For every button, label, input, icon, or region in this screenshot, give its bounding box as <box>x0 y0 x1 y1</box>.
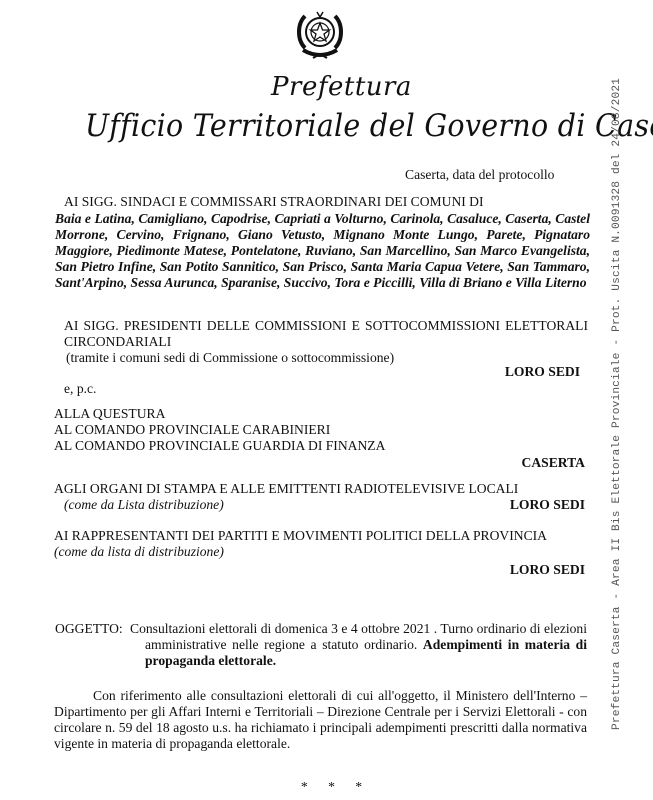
comuni-line: Baia e Latina, Camigliano, Capodrise, Ca… <box>55 211 590 227</box>
recipient-commissions-heading: AI SIGG. PRESIDENTI DELLE COMMISSIONI E … <box>64 318 588 334</box>
body-line: vigente in materia di propaganda elettor… <box>54 736 587 752</box>
destination-caserta: CASERTA <box>440 455 585 471</box>
body-line: circolare n. 59 del 18 agosto u.s. ha ri… <box>54 720 587 736</box>
comuni-line: San Pietro Infine, San Potito Sannitico,… <box>55 259 590 275</box>
destination-loro-sedi: LORO SEDI <box>440 364 580 380</box>
recipient-press-note: (come da Lista distribuzione) <box>64 497 224 513</box>
body-line: Con riferimento alle consultazioni elett… <box>54 688 587 704</box>
comuni-line: Maggiore, Piedimonte Matese, Pontelatone… <box>55 243 590 259</box>
recipient-commissions-heading-cont: CIRCONDARIALI <box>64 334 171 350</box>
cc-label: e, p.c. <box>64 381 96 397</box>
recipient-questura: ALLA QUESTURA <box>54 406 165 422</box>
destination-loro-sedi: LORO SEDI <box>440 562 585 578</box>
protocol-stamp: Prefettura Caserta - Area II Bis Elettor… <box>611 90 631 730</box>
subject-line: Consultazioni elettorali di domenica 3 e… <box>130 621 587 637</box>
recipient-parties-heading: AI RAPPRESENTANTI DEI PARTITI E MOVIMENT… <box>54 528 547 544</box>
comuni-line: Morrone, Cervino, Frignano, Giano Vetust… <box>55 227 590 243</box>
subject-line-bold: Adempimenti in materia di <box>423 637 587 652</box>
protocol-stamp-text: Prefettura Caserta - Area II Bis Elettor… <box>611 78 623 730</box>
recipient-commissions-note: (tramite i comuni sedi di Commissione o … <box>66 350 394 366</box>
subject-line-plain: amministrative nelle regione a statuto o… <box>145 637 423 652</box>
subject-label: OGGETTO: <box>55 621 123 637</box>
recipient-parties-note: (come da lista di distribuzione) <box>54 544 224 560</box>
letterhead-subtitle: Ufficio Territoriale del Governo di Case… <box>85 108 653 144</box>
body-paragraph: Con riferimento alle consultazioni elett… <box>54 688 587 752</box>
recipient-press-heading: AGLI ORGANI DI STAMPA E ALLE EMITTENTI R… <box>54 481 518 497</box>
destination-loro-sedi: LORO SEDI <box>440 497 585 513</box>
recipient-guardia-finanza: AL COMANDO PROVINCIALE GUARDIA DI FINANZ… <box>54 438 385 454</box>
comuni-line: Sant'Arpino, Sessa Aurunca, Sparanise, S… <box>55 275 590 291</box>
italian-republic-emblem-icon <box>295 8 345 66</box>
subject-line: amministrative nelle regione a statuto o… <box>130 637 587 653</box>
date-line: Caserta, data del protocollo <box>405 167 554 183</box>
comuni-list: Baia e Latina, Camigliano, Capodrise, Ca… <box>55 211 590 291</box>
body-line: Dipartimento per gli Affari Interni e Te… <box>54 704 587 720</box>
subject-line-bold: propaganda elettorale. <box>130 653 587 669</box>
recipient-mayors-heading: AI SIGG. SINDACI E COMMISSARI STRAORDINA… <box>64 194 484 210</box>
recipient-carabinieri: AL COMANDO PROVINCIALE CARABINIERI <box>54 422 330 438</box>
letterhead-title: Prefettura <box>0 72 653 102</box>
section-separator: * * * <box>0 779 653 795</box>
subject-text: Consultazioni elettorali di domenica 3 e… <box>130 621 587 669</box>
